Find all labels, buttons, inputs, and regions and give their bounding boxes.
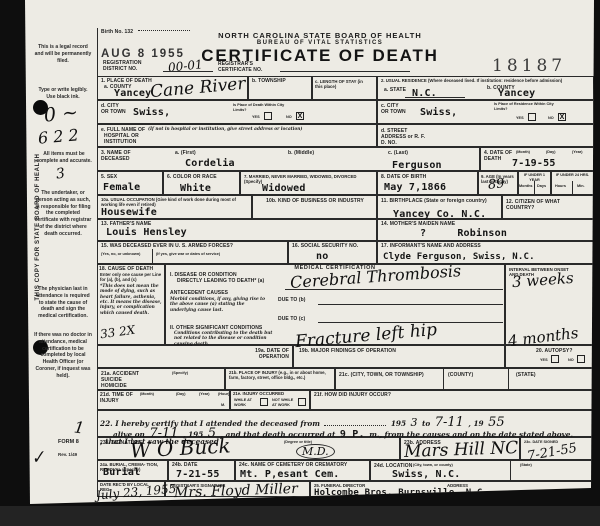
- cause-note1: Enter only one cause per Line for (a), (…: [100, 272, 162, 283]
- birthplace-label: 11. BIRTHPLACE (State or foreign country…: [381, 198, 501, 204]
- place-of-injury-label: 21b. PLACE OF INJURY (e.g., in or about …: [229, 370, 331, 381]
- name-of-deceased-label: 3. NAME OF DECEASED: [101, 150, 143, 162]
- while-at-work-label: WHILE AT WORK: [234, 398, 258, 407]
- death-limits-no-label: NO: [286, 115, 292, 120]
- funeral-director-value: Holcombe Bros. Burnsville, N.C.: [314, 489, 488, 498]
- under-24-label: IF UNDER 24 HRS.: [552, 173, 593, 178]
- street-address-label: d. STREET ADDRESS or R. F. D. NO.: [381, 128, 429, 146]
- ssn-value: no: [316, 252, 328, 262]
- color-race-value: White: [180, 184, 211, 194]
- city-of-residence-label: c. CITY OR TOWN: [381, 103, 407, 115]
- under-1-divider: [534, 181, 535, 194]
- margin-note-legal: This is a legal record and will be perma…: [34, 44, 92, 64]
- hospital-name-note: (If not in hospital or institution, give…: [148, 127, 302, 132]
- certificate-number: 18187: [492, 56, 566, 76]
- first-name-value: Cordelia: [185, 159, 235, 169]
- injury-county-divider: [443, 368, 444, 390]
- registration-district-line: [163, 71, 213, 72]
- armed-forces-sub1: (Yes, no, or unknown): [101, 252, 149, 257]
- death-month-label: (Month): [516, 150, 530, 155]
- form-revision: Rev. 1/49: [58, 452, 77, 457]
- date-of-birth-value: May 7,1866: [384, 183, 446, 193]
- date-of-birth-label: 8. DATE OF BIRTH: [381, 174, 426, 180]
- degree-handwritten: M.D.: [296, 444, 335, 459]
- marital-status-value: Widowed: [262, 184, 306, 194]
- certificate-title: CERTIFICATE OF DEATH: [170, 46, 470, 66]
- registrar-certificate-label: REGISTRAR'S CERTIFICATE NO.: [218, 61, 278, 73]
- scanned-death-certificate: THIS COPY FOR STATE BOARD OF HEALTH This…: [0, 0, 600, 526]
- city-of-death-label: d. CITY OR TOWN: [101, 103, 127, 115]
- margin-handwriting: 6 2 2: [37, 127, 79, 146]
- certify-text-8: , and that death occurred at: [221, 430, 336, 439]
- margin-note-type: Type or write legibly. Use black ink.: [36, 87, 90, 101]
- days-label: Days: [537, 184, 546, 189]
- autopsy-yes-label: YES: [540, 358, 548, 363]
- informant-label: 17. INFORMANT'S NAME AND ADDRESS: [381, 243, 481, 249]
- disease-label-2: DIRECTLY LEADING TO DEATH* (a): [177, 278, 264, 284]
- burial-date-value: 7-21-55: [176, 470, 220, 480]
- antecedent-label: ANTECEDENT CAUSES: [170, 290, 228, 296]
- injury-year-label: (Year): [199, 392, 210, 397]
- due-to-b-line: [318, 304, 503, 305]
- death-city-limits-question: Is Place of Death Within City Limits?: [233, 103, 291, 112]
- not-while-at-work-checkbox: [298, 398, 306, 406]
- interval-handwritten-1: 3 weeks: [512, 271, 575, 290]
- time-of-injury-label: 21d. TIME OF INJURY: [100, 392, 136, 404]
- birthplace-value: Yancey Co. N.C.: [393, 210, 486, 220]
- residence-county-value: Yancey: [498, 89, 535, 99]
- middle-name-label: b. (Middle): [288, 150, 314, 156]
- death-limits-yes-checkbox: [264, 112, 272, 120]
- hospital-name-label2: HOSPITAL OR INSTITUTION: [104, 133, 159, 145]
- cause-note2: *This does not mean the mode of dying, s…: [100, 284, 162, 316]
- date-received-stamp: AUG 8 1955: [101, 48, 185, 60]
- state-line: [405, 97, 465, 98]
- mother-name-value: ? Robinson: [420, 229, 507, 239]
- injury-m-label: M.: [221, 403, 225, 408]
- months-label: Months: [519, 184, 533, 189]
- not-while-at-work-label: NOT WHILE AT WORK: [272, 398, 296, 407]
- margin-note-undertaker: The undertaker, or person acting as such…: [34, 190, 92, 237]
- registration-district-label: REGISTRATION DISTRICT NO.: [103, 60, 165, 72]
- registrar-certificate-line: [280, 71, 410, 72]
- length-of-stay-label: c. LENGTH OF STAY (in this place): [315, 79, 370, 90]
- autopsy-label: 20. AUTOPSY?: [536, 348, 573, 354]
- antecedent-note: Morbid conditions, if any, giving rise t…: [170, 297, 270, 313]
- hours-label: Hours: [555, 184, 566, 189]
- date-of-death-value: 7-19-55: [512, 159, 556, 169]
- mother-name-label: 14. MOTHER'S MAIDEN NAME: [381, 221, 455, 227]
- ssn-label: 16. SOCIAL SECURITY NO.: [292, 243, 372, 249]
- death-limits-yes-label: YES: [252, 115, 260, 120]
- burial-date-label: 24b. DATE: [172, 462, 198, 468]
- cemetery-value: Mt. P,esant Cem.: [240, 470, 340, 480]
- residence-limits-no-checkbox: X: [558, 113, 566, 121]
- city-of-death-value: Swiss,: [133, 108, 170, 118]
- last-name-label: c. (Last): [388, 150, 408, 156]
- margin-checkmark: ✓: [29, 449, 46, 469]
- cemetery-label: 24c. NAME OF CEMETERY OR CREMATORY: [239, 462, 367, 468]
- township-label: b. TOWNSHIP: [252, 78, 286, 84]
- margin-note-complete: All items must be complete and accurate.: [36, 151, 92, 165]
- date-of-death-label: 4. DATE OF DEATH: [484, 150, 514, 162]
- injury-state-divider: [508, 368, 509, 390]
- sex-value: Female: [103, 183, 140, 193]
- location-sub2-label: (State): [520, 463, 532, 468]
- board-title: NORTH CAROLINA STATE BOARD OF HEALTH: [170, 31, 470, 40]
- physician-signature: W O Buck: [130, 435, 231, 460]
- margin-handwriting: 3: [55, 166, 66, 181]
- injury-occurred-label: 21e. INJURY OCCURRED: [233, 391, 284, 396]
- autopsy-yes-checkbox: [551, 355, 559, 363]
- location-state-divider: [510, 460, 511, 481]
- margin-note-physician: The physician last in attendance is requ…: [34, 286, 92, 320]
- min-label: Min.: [577, 184, 585, 189]
- injury-state-label: (STATE): [516, 372, 536, 378]
- armed-forces-label: 15. WAS DECEASED EVER IN U. S. ARMED FOR…: [101, 243, 286, 249]
- residence-limits-yes-label: YES: [516, 116, 524, 121]
- state-label: a. STATE: [384, 87, 406, 93]
- injury-county-label: (COUNTY): [448, 372, 473, 378]
- margin-handwriting: 0 ~: [43, 103, 79, 125]
- citizen-label: 12. CITIZEN OF WHAT COUNTRY?: [506, 199, 586, 211]
- due-to-c-label: DUE TO (c): [278, 316, 305, 322]
- under-24-divider: [572, 181, 573, 194]
- injury-month-label: (Month): [140, 392, 154, 397]
- last-name-value: Ferguson: [392, 161, 442, 171]
- death-limits-no-checkbox: X: [296, 112, 304, 120]
- address-handwritten: Mars Hill NC: [404, 440, 519, 461]
- specify-label: (Specify): [172, 371, 188, 376]
- color-race-label: 6. COLOR OR RACE: [167, 174, 217, 180]
- date-of-operation-label: 19a. DATE OF OPERATION: [225, 348, 289, 360]
- city-of-residence-value: Swiss,: [420, 108, 457, 118]
- header-left-rule: [97, 28, 98, 76]
- autopsy-no-label: NO: [568, 358, 574, 363]
- registrar-signature-handwritten: Mrs. Floyd Miller: [174, 482, 298, 500]
- residence-limits-no-label: NO: [548, 116, 554, 121]
- death-year-label: (Year): [572, 150, 583, 155]
- certificate-paper: THIS COPY FOR STATE BOARD OF HEALTH This…: [0, 0, 600, 526]
- first-name-label: a. (First): [175, 150, 196, 156]
- residence-city-limits-question: Is Place of Residence Within City Limits…: [494, 102, 556, 111]
- usual-residence-label: 2. USUAL RESIDENCE (Where deceased lived…: [381, 78, 593, 83]
- operation-findings-label: 19b. MAJOR FINDINGS OF OPERATION: [299, 348, 449, 354]
- father-name-value: Louis Hensley: [106, 228, 187, 238]
- autopsy-no-checkbox: [577, 355, 585, 363]
- location-sub1-label: (City, town, or county): [413, 463, 453, 468]
- certify-text-9: m., from the causes and on the date stat…: [369, 430, 573, 439]
- injury-city-label: 21c. (CITY, TOWN, OR TOWNSHIP): [339, 372, 424, 378]
- burial-value: Burial: [103, 468, 140, 478]
- while-at-work-checkbox: [260, 398, 268, 406]
- form-number: FORM 8: [58, 439, 79, 445]
- armed-forces-divider: [152, 249, 153, 264]
- margin-note-no-doctor: If there was no doctor in attendance, me…: [34, 332, 92, 379]
- certify-hour-value: 9 P.: [340, 429, 365, 440]
- birth-no-label: Birth No. 132: [101, 29, 133, 35]
- residence-limits-yes-checkbox: [528, 113, 536, 121]
- accident-suicide-label: 21a. ACCIDENT SUICIDE HOMICIDE: [101, 371, 146, 389]
- injury-day-label: (Day): [176, 392, 186, 397]
- margin-handwriting: 1: [73, 419, 85, 436]
- injury-hour-label: (Hour): [218, 392, 229, 397]
- location-value: Swiss, N.C.: [392, 470, 460, 480]
- death-day-label: (Day): [546, 150, 556, 155]
- business-label: 10b. KIND OF BUSINESS OR INDUSTRY: [256, 198, 374, 204]
- how-injury-label: 21f. HOW DID INJURY OCCUR?: [314, 392, 391, 398]
- armed-forces-sub2: (If yes, give war or dates of service): [156, 252, 276, 257]
- age-handwritten: 89: [487, 177, 505, 192]
- occupation-value: Housewife: [101, 208, 157, 218]
- scan-bottom-band: [0, 506, 600, 526]
- sex-label: 5. SEX: [101, 174, 117, 180]
- other-conditions-note: Conditions contributing to the death but…: [174, 331, 279, 347]
- county-value: Yancey: [114, 89, 151, 99]
- due-to-b-label: DUE TO (b): [278, 297, 306, 303]
